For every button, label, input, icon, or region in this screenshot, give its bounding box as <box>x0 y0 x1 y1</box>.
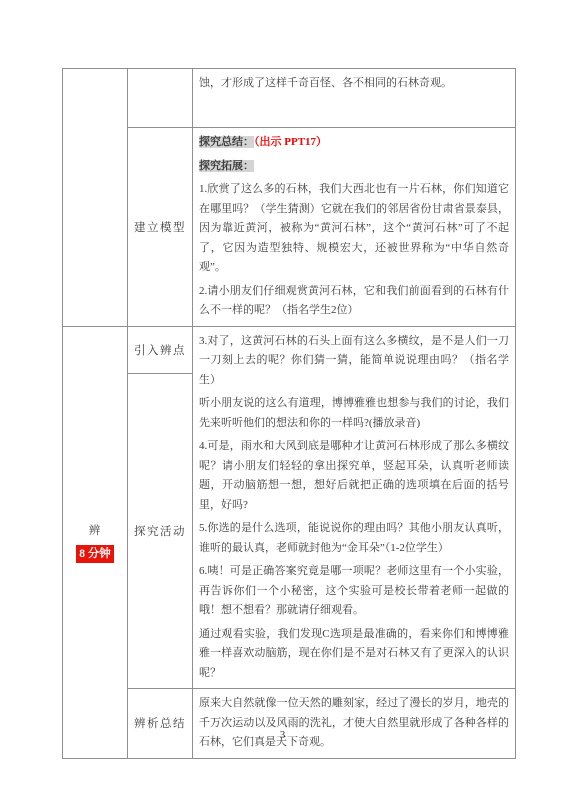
duration-badge: 8 分钟 <box>76 545 114 563</box>
step-cell-introduce-point: 引入辨点 <box>128 326 193 374</box>
content-cell-build-model: 探究总结：（出示 PPT17） 探究拓展： 1.欣赏了这么多的石林，我们大西北也… <box>193 128 516 327</box>
content-cell-summary: 原来大自然就像一位天然的雕刻家，经过了漫长的岁月，地壳的千万次运动以及风雨的洗礼… <box>193 689 516 759</box>
step-cell-build-model: 建立模型 <box>128 128 193 327</box>
content-cell-continuation: 蚀，才形成了这样千奇百怪、各不相同的石林奇观。 <box>193 69 516 128</box>
step-label: 探究活动 <box>134 526 186 538</box>
extend-heading-line: 探究拓展： <box>199 157 509 177</box>
step-label: 建立模型 <box>134 222 186 234</box>
paragraph-conclude: 通过观看实验，我们发现C选项是最准确的，看来你们和博博雅雅一样喜欢动脑筋，现在你… <box>199 625 509 684</box>
step-cell-empty <box>128 69 193 128</box>
stage-cell-bian: 辨 8 分钟 <box>63 326 128 758</box>
paragraph-item-3: 3.对了，这黄河石林的石头上面有这么多横纹，是不是人们一刀一刀刻上去的呢？你们猜… <box>199 332 509 391</box>
lesson-plan-table: 蚀，才形成了这样千奇百怪、各不相同的石林奇观。 建立模型 探究总结：（出示 PP… <box>62 68 516 759</box>
paragraph-item-4: 4.可是，雨水和大风到底是哪种才让黄河石林形成了那么多横纹呢？请小朋友们轻轻的拿… <box>199 437 509 515</box>
step-cell-analyze-summary: 辨析总结 <box>128 689 193 759</box>
paragraph-summary: 原来大自然就像一位天然的雕刻家，经过了漫长的岁月，地壳的千万次运动以及风雨的洗礼… <box>199 694 509 753</box>
table-row: 建立模型 探究总结：（出示 PPT17） 探究拓展： 1.欣赏了这么多的石林，我… <box>63 128 516 327</box>
table-row: 辨 8 分钟 引入辨点 3.对了，这黄河石林的石头上面有这么多横纹，是不是人们一… <box>63 326 516 374</box>
page-number: 3 <box>0 729 565 741</box>
step-cell-inquiry-activity: 探究活动 <box>128 374 193 689</box>
stage-cell-empty <box>63 69 128 327</box>
content-cell-inquiry: 3.对了，这黄河石林的石头上面有这么多横纹，是不是人们一刀一刀刻上去的呢？你们猜… <box>193 326 516 689</box>
paragraph-item-5: 5.你选的是什么选项，能说说你的理由吗？其他小朋友认真听，谁听的最认真，老师就封… <box>199 519 509 558</box>
paragraph-listen: 听小朋友说的这么有道理，博博雅雅也想参与我们的讨论，我们先来听听他们的想法和你的… <box>199 394 509 433</box>
ppt-note: （出示 PPT17） <box>254 136 327 148</box>
stage-phase-label: 辨 <box>64 522 126 538</box>
summary-heading-line: 探究总结：（出示 PPT17） <box>199 133 509 153</box>
table-row: 蚀，才形成了这样千奇百怪、各不相同的石林奇观。 <box>63 69 516 128</box>
paragraph-item-2: 2.请小朋友们仔细观赏黄河石林，它和我们前面看到的石林有什么不一样的呢？（指名学… <box>199 282 509 321</box>
step-label: 引入辨点 <box>134 345 186 357</box>
summary-heading: 探究总结： <box>199 136 254 148</box>
paragraph-item-1: 1.欣赏了这么多的石林，我们大西北也有一片石林，你们知道它在哪里吗？（学生猜测）… <box>199 180 509 278</box>
table-row: 辨析总结 原来大自然就像一位天然的雕刻家，经过了漫长的岁月，地壳的千万次运动以及… <box>63 689 516 759</box>
paragraph-item-6: 6.咦！可是正确答案究竟是哪一项呢？老师这里有一个小实验，再告诉你们一个小秘密，… <box>199 562 509 621</box>
extend-heading: 探究拓展： <box>199 160 254 172</box>
paragraph-continuation: 蚀，才形成了这样千奇百怪、各不相同的石林奇观。 <box>199 74 509 94</box>
